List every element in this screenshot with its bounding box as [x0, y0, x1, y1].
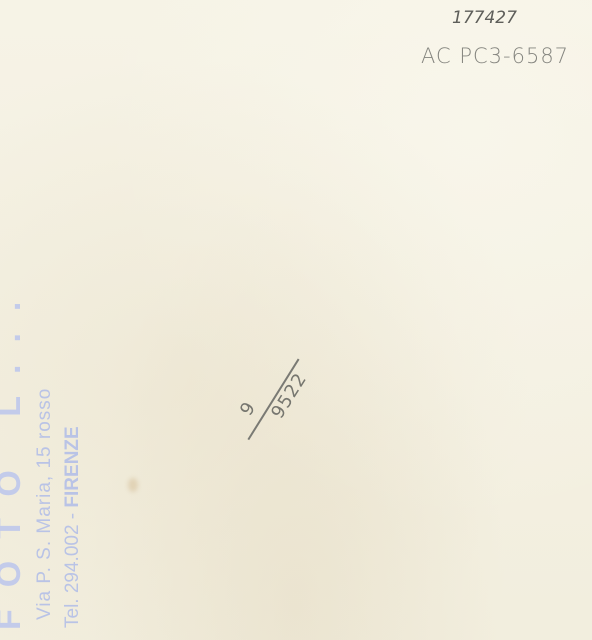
fraction-numerator: 9 [236, 399, 260, 420]
stamp-city: FIRENZE [62, 426, 83, 507]
stamp-brand: FOTO L... [0, 280, 29, 630]
stamp-phone-line: Tel. 294.002 - FIRENZE [62, 426, 84, 628]
reference-code: AC PC3-6587 [421, 44, 569, 68]
inventory-number: 177427 [452, 8, 517, 28]
paper-stain [128, 478, 138, 492]
photographer-stamp: FOTO L... Via P. S. Maria, 15 rosso Tel.… [0, 200, 110, 600]
stamp-phone: Tel. 294.002 - [62, 513, 83, 628]
stamp-address: Via P. S. Maria, 15 rosso [34, 388, 56, 620]
